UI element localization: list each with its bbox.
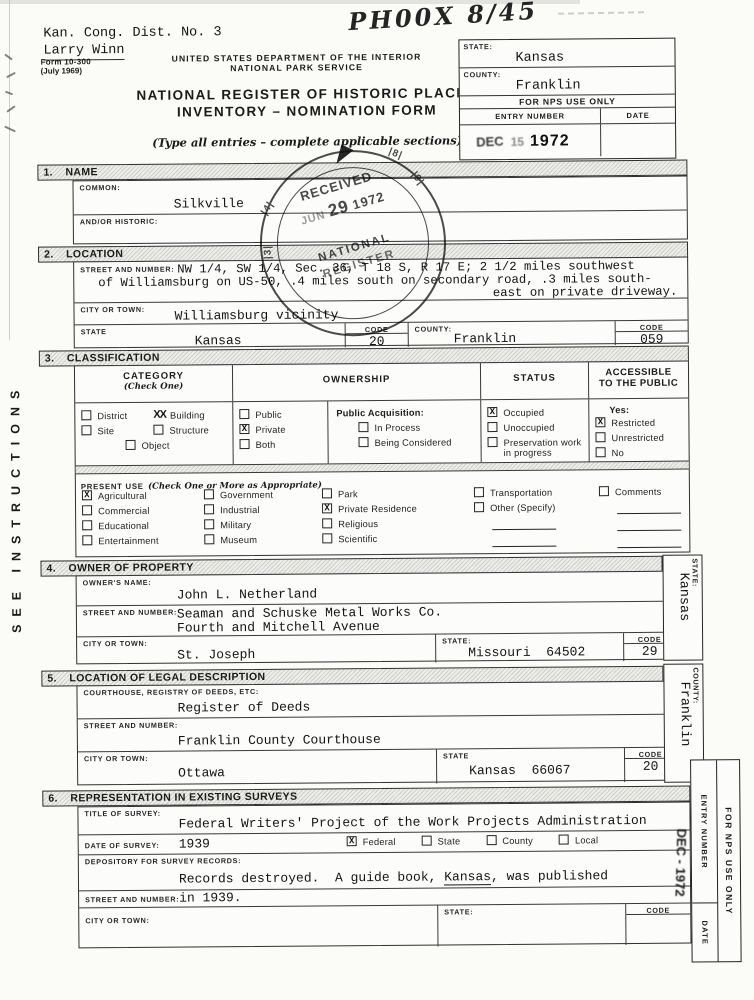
acquisition-label: Public Acquisition:: [336, 406, 480, 418]
checkbox-agricultural[interactable]: X: [82, 490, 92, 500]
depository-field: DEPOSITORY FOR SURVEY RECORDS: Records d…: [79, 851, 690, 892]
depository-label: DEPOSITORY FOR SURVEY RECORDS:: [85, 856, 241, 866]
checkbox-label: Site: [97, 425, 114, 436]
common-name-value: Silkville: [174, 196, 244, 212]
survey-date-value: 1939: [179, 836, 210, 851]
checkbox-label: Scientific: [338, 533, 377, 544]
stamp-ring-digit: |8|: [387, 146, 404, 161]
state-code-field: CODE 20: [345, 323, 408, 347]
section-title: LOCATION OF LEGAL DESCRIPTION: [69, 671, 265, 685]
state-value: Kansas 66067: [469, 762, 571, 778]
checkbox-label: Being Considered: [375, 436, 452, 448]
nps-vertical-strip: FOR NPS USE ONLY ENTRY NUMBER DATE: [690, 759, 742, 962]
section-number: 1.: [43, 166, 65, 178]
checkbox-item: In Process: [358, 421, 480, 433]
date-field: [600, 124, 675, 157]
checkbox-item: Structure: [153, 424, 209, 435]
owner-name-field: OWNER'S NAME: John L. Netherland: [77, 572, 675, 607]
checkbox-label: Object: [142, 440, 170, 451]
nps-use-only-vertical: FOR NPS USE ONLY: [716, 760, 741, 961]
owner-name-label: OWNER'S NAME:: [83, 578, 152, 588]
state-value: Kansas: [195, 333, 242, 348]
checkbox-other-specify-[interactable]: [474, 502, 484, 512]
owner-city-row: CITY OR TOWN: St. Joseph STATE: Missouri…: [77, 633, 675, 666]
state-label: STATE: [443, 751, 469, 760]
ownership-checks: PublicXPrivateBoth Public Acquisition: I…: [232, 400, 480, 464]
blank-write-in-line: [617, 535, 681, 549]
checkbox-being-considered[interactable]: [359, 437, 369, 447]
checkbox-item: Unoccupied: [487, 421, 587, 433]
survey-city-row: CITY OR TOWN: STATE: CODE: [79, 904, 690, 950]
entry-number-label: ENTRY NUMBER: [460, 108, 600, 124]
checkbox-item: XPrivate: [239, 423, 327, 435]
checkbox-label: Government: [220, 489, 273, 500]
section-number: 4.: [46, 562, 68, 574]
checkbox-structure[interactable]: [153, 425, 163, 435]
checkbox-industrial[interactable]: [204, 504, 214, 514]
blank-write-in-line: [617, 518, 681, 532]
legal-city-row: CITY OR TOWN: Ottawa STATE Kansas 66067 …: [78, 748, 676, 787]
section-number: 6.: [48, 792, 70, 804]
checkbox-state[interactable]: [422, 836, 432, 846]
checkbox-item: XFederal: [347, 836, 396, 847]
street-line3: east on private driveway.: [493, 285, 678, 300]
checkbox-comments[interactable]: [599, 486, 609, 496]
checkbox-label: Commercial: [98, 505, 150, 516]
checkbox-item: Unrestricted: [595, 432, 688, 444]
present-use-block: PRESENT USE (Check One or More as Approp…: [76, 470, 690, 559]
use-column-1: XAgriculturalCommercialEducationalEntert…: [82, 489, 200, 550]
depository-book-title: Kansas: [444, 869, 491, 885]
checkbox-item: XXBuilding: [153, 409, 204, 420]
entry-number-vertical: ENTRY NUMBER: [691, 760, 717, 902]
location-state-row: STATE Kansas CODE 20 COUNTY: Franklin CO…: [75, 321, 688, 350]
checkbox-item: Educational: [82, 519, 200, 531]
county-label: COUNTY:: [464, 70, 501, 79]
county-field: COUNTY: Franklin: [408, 321, 615, 347]
historic-name-field: AND/OR HISTORIC:: [74, 211, 687, 244]
section-2-panel: STREET AND NUMBER: NW 1/4, SW 1/4, Sec. …: [73, 257, 689, 349]
checkbox-label: Park: [338, 488, 358, 499]
use-column-2: GovernmentIndustrialMilitaryMuseum: [204, 488, 316, 549]
checkbox-item: XRestricted: [595, 417, 688, 429]
courthouse-field: COURTHOUSE, REGISTRY OF DEEDS, ETC: Regi…: [77, 682, 675, 720]
checkbox-local[interactable]: [559, 835, 569, 845]
city-value: Ottawa: [178, 765, 225, 780]
checkbox-park[interactable]: [322, 488, 332, 498]
blank-write-in-line: [492, 517, 556, 531]
scanned-form-page: Kan. Cong. Dist. No. 3 Larry Winn PH00X …: [0, 0, 754, 1000]
status-checks: XOccupiedUnoccupiedPreservation work in …: [480, 399, 588, 462]
street-label: STREET AND NUMBER:: [84, 721, 178, 731]
entry-date-stamp-vertical: DEC - 1972: [669, 787, 693, 937]
location-street-field: STREET AND NUMBER: NW 1/4, SW 1/4, Sec. …: [74, 258, 687, 304]
section-3-panel: CATEGORY (Check One) OWNERSHIP STATUS AC…: [74, 361, 690, 558]
courthouse-label: COURTHOUSE, REGISTRY OF DEEDS, ETC:: [83, 687, 259, 697]
checkbox-item: Entertainment: [82, 534, 200, 546]
checkbox-entertainment[interactable]: [82, 535, 92, 545]
checkbox-item: Industrial: [204, 503, 316, 515]
checkbox-label: Public: [255, 409, 282, 420]
checkbox-label: Occupied: [503, 407, 544, 418]
state-label: STATE:: [444, 907, 473, 916]
classification-header-row: CATEGORY (Check One) OWNERSHIP STATUS AC…: [75, 362, 688, 404]
ownership-header: OWNERSHIP: [232, 363, 480, 401]
checkbox-label: Other (Specify): [490, 502, 556, 514]
city-label: CITY OR TOWN:: [85, 916, 149, 926]
checkbox-item: Transportation: [474, 486, 592, 498]
owner-street-field: STREET AND NUMBER: Seaman and Schuske Me…: [77, 602, 675, 638]
checkbox-district[interactable]: [81, 410, 91, 420]
date-label: DATE: [600, 108, 675, 124]
checkbox-religious[interactable]: [322, 518, 332, 528]
section-number: 3.: [45, 352, 67, 364]
checkbox-label: Restricted: [611, 417, 655, 428]
form-instruction: (Type all entries – complete applicable …: [97, 133, 517, 150]
form-revision: (July 1969): [41, 66, 82, 75]
checkbox-educational[interactable]: [82, 520, 92, 530]
checkbox-transportation[interactable]: [474, 487, 484, 497]
checkbox-item: Scientific: [322, 532, 462, 544]
checkbox-museum[interactable]: [204, 534, 214, 544]
survey-title-value: Federal Writers' Project of the Work Pro…: [178, 813, 646, 832]
use-column-5: Comments: [599, 486, 688, 553]
checkbox-label: Educational: [98, 520, 149, 531]
checkbox-commercial[interactable]: [82, 505, 92, 515]
checkbox-government[interactable]: [204, 489, 214, 499]
county-value: Franklin: [454, 331, 517, 346]
street-line2: Fourth and Mitchell Avenue: [177, 619, 380, 636]
checkbox-label: Federal: [363, 836, 396, 847]
historic-name-label: AND/OR HISTORIC:: [80, 217, 158, 227]
street-label: STREET AND NUMBER:: [80, 265, 174, 275]
state-value: Missouri 64502: [468, 644, 585, 660]
see-instructions-vertical: SEE INSTRUCTIONS: [8, 343, 31, 673]
legal-street-field: STREET AND NUMBER: Franklin County Court…: [78, 715, 676, 753]
street-value: in 1939.: [179, 890, 242, 905]
checkbox-item: Military: [204, 518, 316, 530]
checkbox-item: Preservation work in progress: [488, 436, 588, 458]
checkbox-scientific[interactable]: [322, 533, 332, 543]
checkbox-label: Transportation: [490, 487, 552, 498]
checkbox-label: Comments: [615, 486, 662, 497]
owner-name-value: John L. Netherland: [177, 586, 318, 602]
checkbox-private-residence[interactable]: X: [322, 503, 332, 513]
blank-write-in-line: [492, 534, 556, 548]
city-label: CITY OR TOWN:: [80, 305, 144, 315]
checkbox-item: Public: [239, 408, 327, 420]
section-5-panel: COURTHOUSE, REGISTRY OF DEEDS, ETC: Regi…: [76, 681, 677, 786]
code-label: CODE: [616, 321, 688, 333]
checkbox-label: Unoccupied: [503, 422, 554, 433]
street-label: STREET AND NUMBER:: [83, 608, 177, 618]
checkbox-label: No: [612, 447, 624, 458]
state-value: Kansas: [515, 51, 564, 66]
classification-body-row: DistrictXXBuilding SiteStructure Object …: [75, 399, 688, 467]
state-label: STATE:: [442, 636, 471, 645]
checkbox-item: District: [81, 410, 153, 422]
survey-date-label: DATE OF SURVEY:: [85, 841, 160, 851]
checkbox-label: Both: [256, 439, 276, 450]
checkbox-public[interactable]: [239, 409, 249, 419]
checkbox-label: In Process: [374, 422, 420, 433]
checkbox-occupied[interactable]: X: [487, 407, 497, 417]
entry-number-field: DEC151972: [460, 124, 600, 157]
checkbox-site[interactable]: [81, 425, 91, 435]
state-label: STATE:: [463, 42, 492, 51]
common-name-label: COMMON:: [80, 183, 121, 192]
checkbox-label: Structure: [169, 424, 209, 435]
checkbox-label: Private Residence: [338, 503, 417, 515]
city-label: CITY OR TOWN:: [83, 639, 147, 649]
checkbox-label: County: [502, 835, 533, 846]
checkbox-unoccupied[interactable]: [487, 422, 497, 432]
checkbox-item: Site: [81, 425, 153, 437]
section-number: 5.: [47, 672, 69, 684]
checkbox-item: Other (Specify): [474, 501, 592, 513]
section-1-panel: COMMON: Silkville AND/OR HISTORIC:: [72, 176, 687, 245]
checkbox-label: Entertainment: [98, 535, 159, 546]
checkbox-label: Religious: [338, 518, 378, 529]
access-header: ACCESSIBLE TO THE PUBLIC: [588, 362, 688, 399]
section-4-panel: OWNER'S NAME: John L. Netherland STREET …: [76, 571, 677, 665]
date-vertical: DATE: [692, 902, 717, 961]
checkbox-label: District: [97, 410, 127, 421]
street-value: Franklin County Courthouse: [178, 732, 381, 749]
checkbox-item: Being Considered: [359, 436, 481, 448]
checkbox-label: Preservation work in progress: [504, 436, 588, 458]
county-value: Franklin: [516, 78, 581, 94]
checkbox-label: Local: [575, 834, 598, 845]
city-value: Williamsburg vicinity: [174, 307, 338, 323]
city-value: St. Joseph: [177, 647, 255, 663]
category-header: CATEGORY (Check One): [75, 365, 232, 402]
checkbox-federal[interactable]: X: [347, 836, 357, 846]
state-field: STATE Kansas: [75, 323, 345, 349]
checkbox-private[interactable]: X: [239, 424, 249, 434]
checkbox-item: State: [422, 835, 461, 846]
section-6-panel: TITLE OF SURVEY: Federal Writers' Projec…: [77, 802, 691, 949]
checkbox-label: Military: [220, 519, 251, 530]
state-label: STATE: [81, 327, 107, 336]
state-vertical-strip: STATE: Kansas: [662, 554, 703, 660]
checkbox-item: County: [486, 835, 533, 846]
checkbox-label: Unrestricted: [611, 432, 664, 443]
section-title: NAME: [65, 166, 98, 178]
checkbox-item: XAgricultural: [82, 489, 200, 501]
county-code-field: CODE 059: [615, 321, 688, 346]
use-column-3: ParkXPrivate ResidenceReligiousScientifi…: [322, 487, 462, 548]
section-title: LOCATION: [66, 248, 123, 260]
state-field: STATE:: [437, 904, 625, 946]
survey-level-checks: XFederalStateCountyLocal: [347, 834, 599, 851]
checkbox-item: Government: [204, 488, 316, 500]
state-field: STATE: Missouri 64502: [435, 633, 623, 662]
checkbox-item: Local: [559, 834, 598, 845]
checkbox-restricted[interactable]: X: [595, 417, 605, 427]
checkbox-item: No: [596, 447, 689, 459]
section-title: OWNER OF PROPERTY: [68, 561, 193, 574]
checkbox-item: Commercial: [82, 504, 200, 516]
section-title: REPRESENTATION IN EXISTING SURVEYS: [70, 791, 297, 805]
use-column-4: TransportationOther (Specify): [474, 486, 592, 551]
entry-date-stamp: DEC151972: [476, 132, 570, 151]
city-label: CITY OR TOWN:: [84, 754, 148, 764]
section-title: CLASSIFICATION: [67, 352, 160, 365]
survey-title-label: TITLE OF SURVEY:: [84, 809, 161, 819]
checkbox-label: State: [438, 835, 461, 846]
checkbox-preservation-work-in-progress[interactable]: [488, 437, 498, 447]
checkbox-item: Religious: [322, 517, 462, 529]
access-yes-label: Yes:: [609, 404, 688, 416]
code-label: CODE: [346, 323, 408, 334]
street-label: STREET AND NUMBER:: [85, 895, 179, 905]
checkbox-label: Agricultural: [98, 490, 147, 501]
category-checks: DistrictXXBuilding SiteStructure Object: [75, 402, 232, 465]
photo-code-handwriting: PH00X 8/45: [348, 0, 539, 36]
state-field: STATE Kansas 66067: [436, 748, 624, 783]
checkbox-label: Building: [170, 409, 205, 420]
checkbox-object[interactable]: [126, 440, 136, 450]
city-field: CITY OR TOWN: Ottawa: [78, 750, 436, 787]
city-field: CITY OR TOWN:: [79, 906, 437, 950]
checkbox-label: Private: [255, 424, 285, 435]
checkbox-military[interactable]: [204, 519, 214, 529]
access-checks: Yes: XRestrictedUnrestrictedNo: [588, 399, 688, 462]
state-value: Kansas: [675, 559, 691, 657]
common-name-field: COMMON: Silkville: [73, 177, 686, 216]
checkbox-item: XPrivate Residence: [322, 502, 462, 514]
agency-line: NATIONAL PARK SERVICE: [117, 61, 477, 74]
congress-district-note: Kan. Cong. Dist. No. 3: [43, 25, 221, 41]
checkbox-unrestricted[interactable]: [595, 432, 605, 442]
checkbox-in-process[interactable]: [358, 422, 368, 432]
checkbox-item: Park: [322, 487, 462, 499]
checkbox-item: Both: [240, 438, 328, 450]
form-title-line2: INVENTORY – NOMINATION FORM: [97, 102, 517, 120]
checkbox-label: Industrial: [220, 504, 260, 515]
checkbox-item: Comments: [599, 486, 687, 498]
checkbox-building[interactable]: XX: [153, 410, 166, 420]
checkbox-county[interactable]: [486, 835, 496, 845]
courthouse-value: Register of Deeds: [178, 700, 311, 716]
county-label: COUNTY:: [415, 324, 452, 333]
checkbox-both[interactable]: [240, 439, 250, 449]
form-title-line1: NATIONAL REGISTER OF HISTORIC PLACES: [97, 85, 517, 103]
status-header: STATUS: [480, 362, 588, 399]
checkbox-label: Museum: [220, 534, 257, 545]
nps-use-box: STATE: Kansas COUNTY: Franklin FOR NPS U…: [458, 38, 676, 161]
form-number: Form 10-300: [41, 57, 92, 66]
checkbox-item: Object: [126, 439, 233, 451]
section-number: 2.: [44, 248, 66, 260]
checkbox-no[interactable]: [596, 447, 606, 457]
city-field: CITY OR TOWN: St. Joseph: [77, 635, 435, 666]
state-label: STATE:: [690, 558, 700, 656]
depository-value: Records destroyed. A guide book,: [179, 869, 444, 886]
checkbox-item: Museum: [204, 533, 316, 545]
blank-write-in-line: [617, 501, 681, 515]
checkbox-item: XOccupied: [487, 406, 587, 418]
